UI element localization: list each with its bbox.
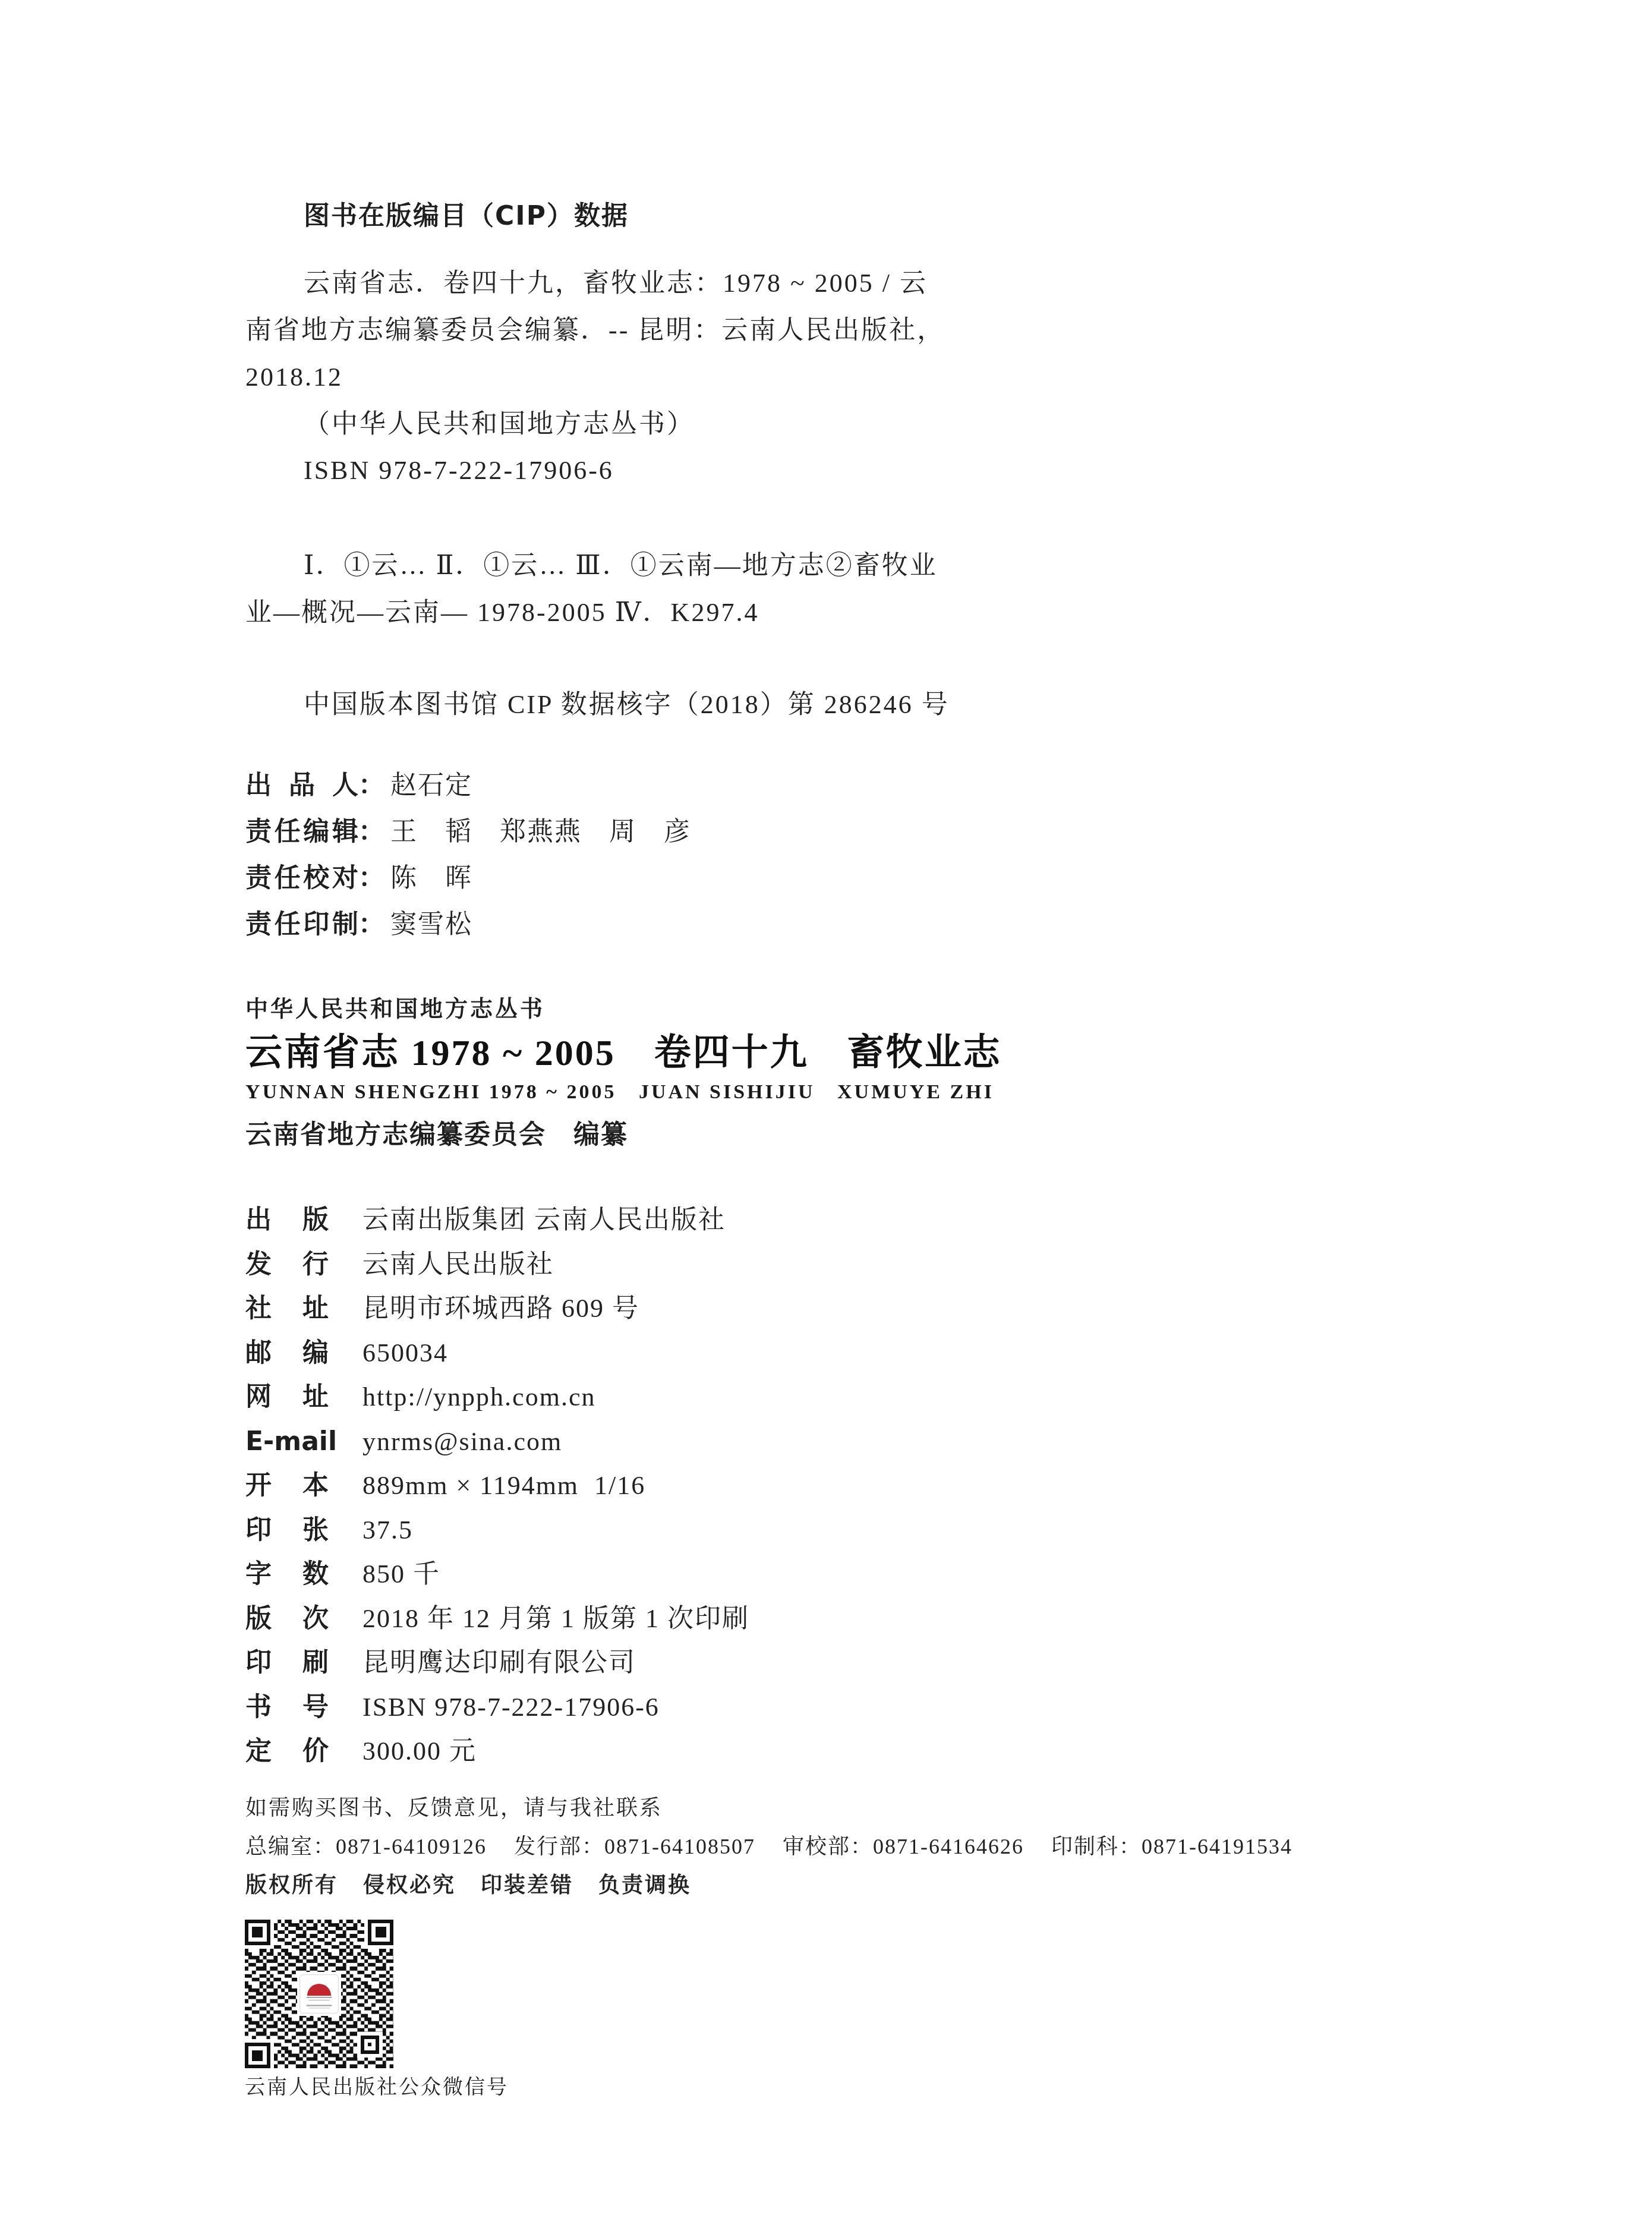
rights-notice: 版权所有侵权必究印装差错负责调换 [245,1869,716,1902]
phone-dept: 印制科： [1051,1835,1142,1858]
pub-value: 2018 年 12 月第 1 版第 1 次印刷 [362,1597,749,1641]
staff-label: 责任校对 [245,855,358,902]
qr-alignment-pattern [361,2036,379,2053]
pub-label: 书 号 [245,1685,329,1730]
publication-info: 出 版云南出版集团 云南人民出版社 发 行云南人民出版社 社 址昆明市环城西路 … [245,1198,749,1774]
staff-row-proofreader: 责任校对：陈 晖 [245,855,691,902]
pub-value: 云南出版集团 云南人民出版社 [362,1198,726,1243]
pub-row-distributor: 发 行云南人民出版社 [245,1243,749,1287]
staff-separator: ： [358,855,390,902]
staff-separator: ： [358,763,390,809]
cip-record-line: 云南省志．卷四十九，畜牧业志：1978 ~ 2005 / 云 [304,266,928,301]
staff-value: 窦雪松 [390,902,472,948]
pub-row-printed-sheets: 印 张37.5 [245,1508,749,1553]
pub-value: 850 千 [362,1552,440,1597]
pub-row-price: 定 价300.00 元 [245,1729,749,1774]
rights-item: 负责调换 [598,1869,691,1902]
pub-value: 昆明市环城西路 609 号 [362,1287,639,1331]
phone-dept: 发行部： [514,1835,604,1858]
pub-value: ISBN 978-7-222-17906-6 [362,1685,660,1730]
pub-value: 650034 [362,1331,448,1376]
pub-row-printer: 印 刷昆明鹰达印刷有限公司 [245,1641,749,1685]
phone-dept: 总编室： [245,1835,336,1858]
pub-value: 37.5 [362,1508,413,1553]
cip-classification-line: 业—概况—云南— 1978-2005 Ⅳ．K297.4 [245,595,759,631]
pub-value: 300.00 元 [362,1729,477,1774]
book-compiler: 云南省地方志编纂委员会 编纂 [245,1117,628,1153]
cip-heading: 图书在版编目（CIP）数据 [304,199,629,234]
staff-label: 责任编辑 [245,809,358,855]
phone-number: 0871-64164626 [873,1835,1024,1858]
pub-label: 邮 编 [245,1331,329,1376]
pub-label: 网 址 [245,1375,329,1420]
pub-label: 版 次 [245,1597,329,1641]
publisher-logo-icon [300,1975,339,2014]
staff-value: 赵石定 [390,763,472,809]
phone-entry: 印制科：0871-64191534 [1051,1830,1292,1863]
qr-finder-pattern [245,2043,270,2068]
purchase-note: 如需购买图书、反馈意见，请与我社联系 [245,1791,663,1825]
staff-value: 王 韬 郑燕燕 周 彦 [390,809,691,855]
phone-entry: 审校部：0871-64164626 [783,1830,1024,1863]
pub-row-edition: 版 次2018 年 12 月第 1 版第 1 次印刷 [245,1597,749,1641]
staff-row-producer: 出 品 人：赵石定 [245,763,691,809]
pub-label: 社 址 [245,1287,329,1331]
pub-label: 字 数 [245,1552,329,1597]
staff-credits: 出 品 人：赵石定 责任编辑：王 韬 郑燕燕 周 彦 责任校对：陈 晖 责任印制… [245,763,691,948]
cip-isbn: ISBN 978-7-222-17906-6 [304,453,614,489]
email-address: ynrms@sina.com [362,1420,562,1464]
pub-value: 云南人民出版社 [362,1243,554,1287]
pub-label: 开 本 [245,1464,329,1508]
book-title-pinyin: YUNNAN SHENGZHI 1978 ~ 2005 JUAN SISHIJI… [245,1077,994,1107]
pub-row-postcode: 邮 编650034 [245,1331,749,1376]
phone-number: 0871-64108507 [604,1835,755,1858]
pub-value: 昆明鹰达印刷有限公司 [362,1641,636,1685]
pub-label: 印 刷 [245,1641,329,1685]
staff-value: 陈 晖 [390,855,472,902]
phone-entry: 总编室：0871-64109126 [245,1830,487,1863]
book-title: 云南省志 1978 ~ 2005 卷四十九 畜牧业志 [245,1029,1002,1077]
rights-item: 侵权必究 [363,1869,456,1902]
qr-finder-pattern [368,1920,393,1945]
pub-label: E-mail [245,1420,329,1464]
staff-separator: ： [358,902,390,948]
pub-row-email: E-mailynrms@sina.com [245,1420,749,1464]
rights-item: 印装差错 [481,1869,573,1902]
phone-number: 0871-64191534 [1142,1835,1292,1858]
pub-label: 印 张 [245,1508,329,1553]
qr-caption: 云南人民出版社公众微信号 [245,2076,509,2100]
pub-label: 出 版 [245,1198,329,1243]
cip-record-line: 2018.12 [245,360,343,395]
phone-dept: 审校部： [783,1835,873,1858]
cip-record-line: 南省地方志编纂委员会编纂．-- 昆明：云南人民出版社， [245,313,945,348]
cip-classification-line: Ⅰ．①云… Ⅱ．①云… Ⅲ．①云南—地方志②畜牧业 [304,548,938,584]
phone-list: 总编室：0871-64109126 发行部：0871-64108507 审校部：… [245,1830,1317,1863]
website-url: http://ynpph.com.cn [362,1375,595,1420]
cip-series: （中华人民共和国地方志丛书） [304,407,695,442]
series-name: 中华人民共和国地方志丛书 [245,994,545,1023]
staff-row-editors: 责任编辑：王 韬 郑燕燕 周 彦 [245,809,691,855]
pub-row-format: 开 本889mm × 1194mm 1/16 [245,1464,749,1508]
staff-separator: ： [358,809,390,855]
pub-value: 889mm × 1194mm 1/16 [362,1464,645,1508]
cip-verification-number: 中国版本图书馆 CIP 数据核字（2018）第 286246 号 [304,687,950,723]
pub-label: 定 价 [245,1729,329,1774]
pub-row-website: 网 址http://ynpph.com.cn [245,1375,749,1420]
rights-item: 版权所有 [245,1869,338,1902]
staff-label: 出 品 人 [245,763,358,809]
pub-label: 发 行 [245,1243,329,1287]
pub-row-publisher: 出 版云南出版集团 云南人民出版社 [245,1198,749,1243]
qr-finder-pattern [245,1920,270,1945]
phone-number: 0871-64109126 [336,1835,487,1858]
phone-entry: 发行部：0871-64108507 [514,1830,755,1863]
staff-label: 责任印制 [245,902,358,948]
pub-row-word-count: 字 数850 千 [245,1552,749,1597]
pub-row-address: 社 址昆明市环城西路 609 号 [245,1287,749,1331]
qr-code-icon [245,1920,393,2068]
staff-row-printing-supervisor: 责任印制：窦雪松 [245,902,691,948]
pub-row-isbn: 书 号ISBN 978-7-222-17906-6 [245,1685,749,1730]
